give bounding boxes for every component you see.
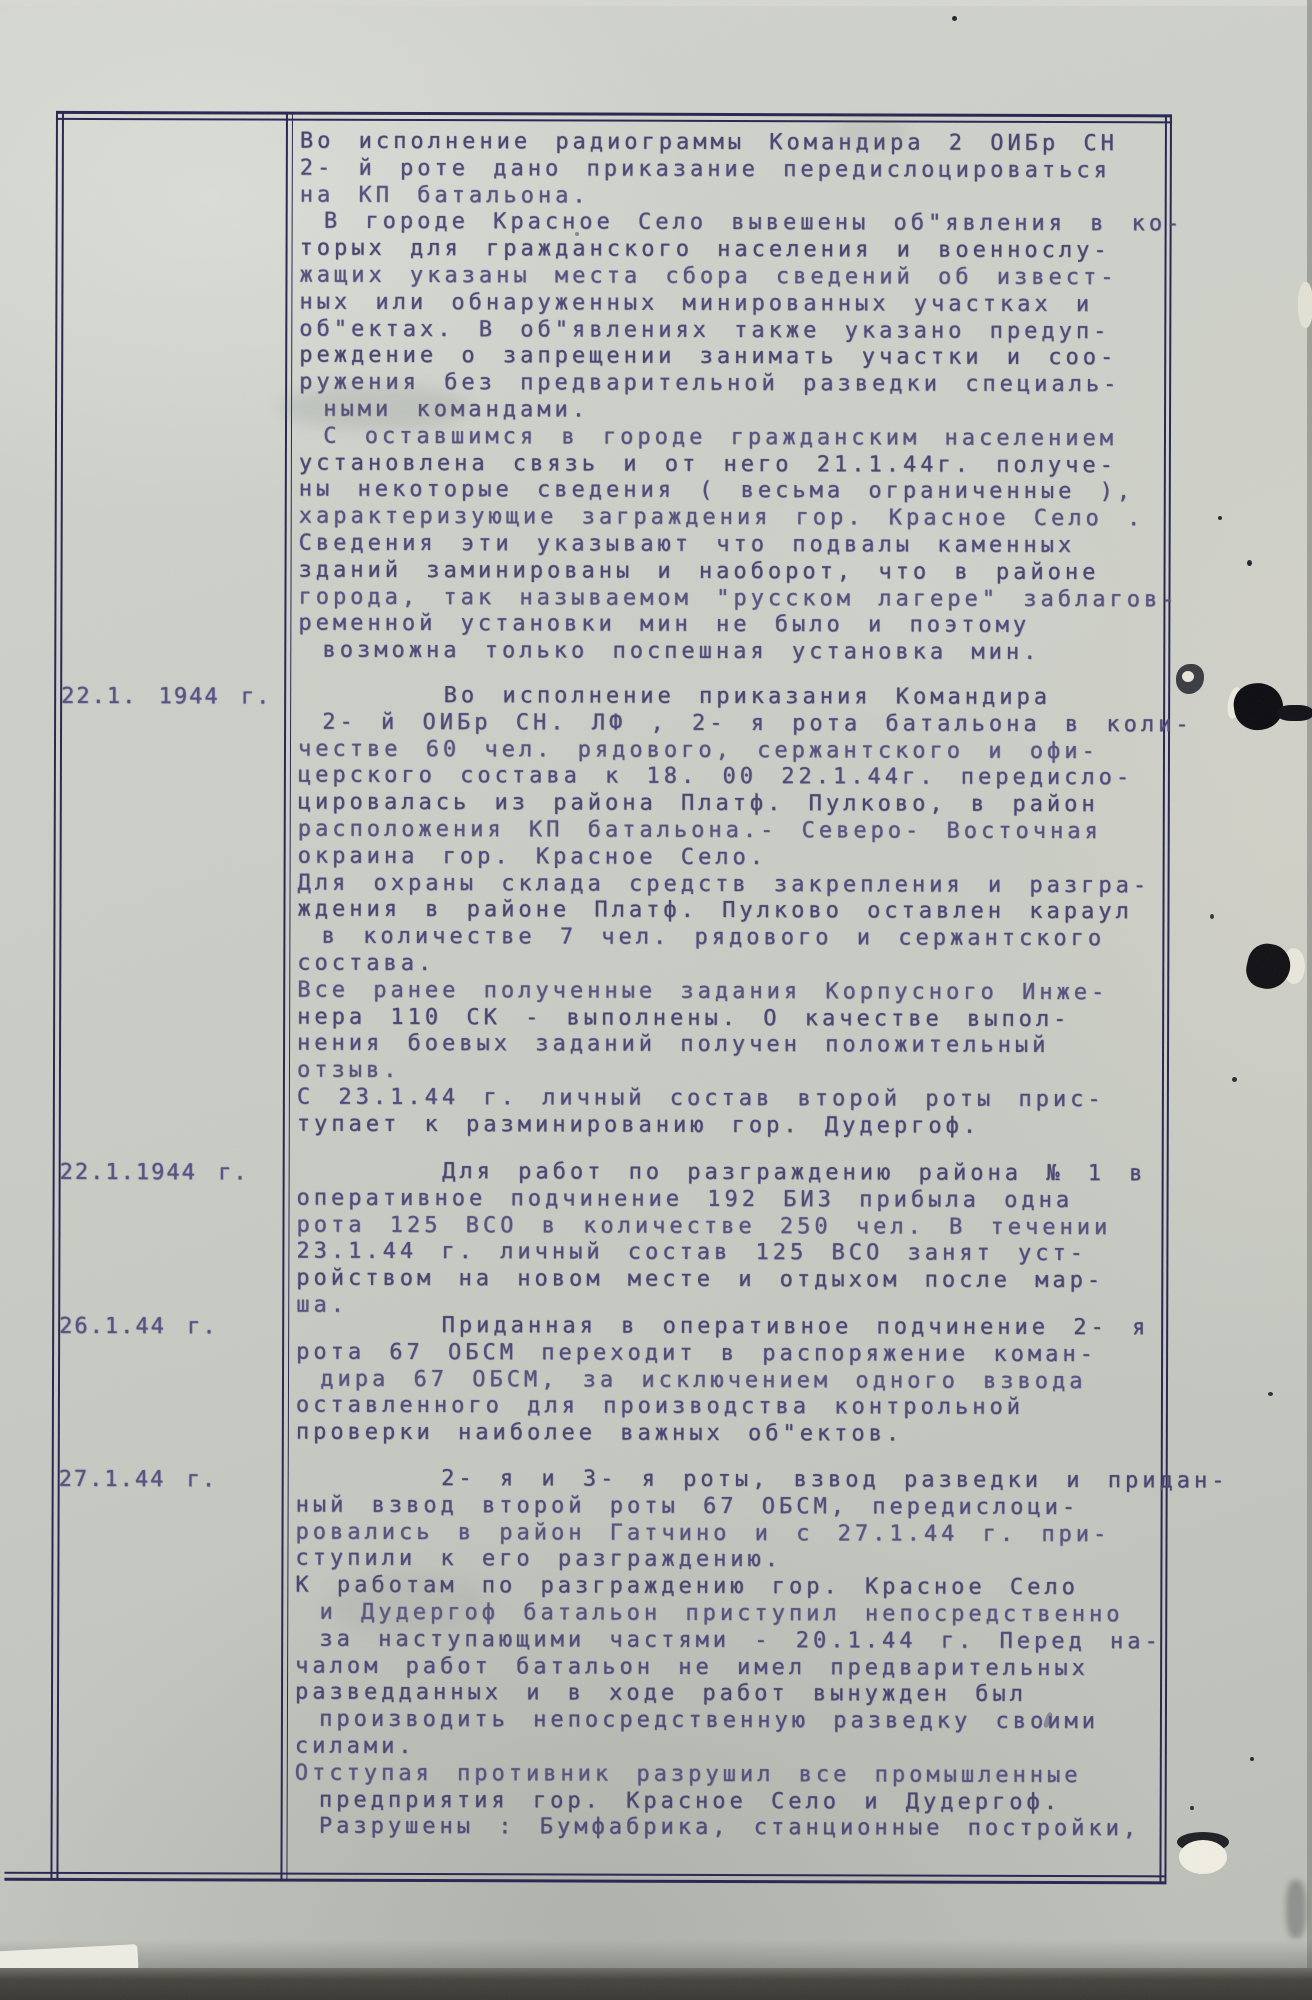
ink-speck [1210, 914, 1214, 919]
entry-text-line: силами. [295, 1734, 1175, 1764]
entry-text-line: 2- й ОИБр СН. ЛФ , 2- я рота батальона в… [298, 709, 1178, 739]
entry-text-line: разведданных и в ходе работ вынужден был [295, 1680, 1175, 1710]
paper-stain [330, 1575, 490, 1635]
paper-hole [1179, 1840, 1227, 1874]
entry-text-line: оставленного для производства контрольно… [296, 1393, 1176, 1423]
table-border-top [56, 111, 1172, 124]
paper-stain [280, 385, 470, 430]
diary-entry: Во исполнение приказания Командира 2- й … [297, 683, 1178, 1141]
diary-entry: 2- я и 3- я роты, взвод разведки и прида… [295, 1466, 1176, 1844]
table-border-bottom [4, 1872, 1166, 1885]
entry-text-line: ступили к его разграждению. [295, 1546, 1175, 1576]
entry-text-line: отзыв. [297, 1058, 1177, 1088]
entry-text-line: зданий заминированы и наоборот, что в ра… [299, 557, 1179, 587]
entry-text-line: 23.1.44 г. личный состав 125 ВСО занят у… [296, 1239, 1176, 1269]
ink-speck [1232, 1077, 1237, 1082]
table-column-divider [280, 113, 293, 1881]
entry-text-line: церского состава к 18. 00 22.1.44г. пере… [298, 763, 1178, 793]
entry-text-line: нения боевых заданий получен положительн… [297, 1031, 1177, 1061]
entry-text-line: В городе Красное Село вывешены об"явлени… [300, 209, 1180, 239]
entry-text-line: окраина гор. Красное Село. [298, 843, 1178, 873]
entry-text-line: чалом работ батальон не имел предварител… [295, 1653, 1175, 1683]
entry-text-line: рота 125 ВСО в количестве 250 чел. В теч… [296, 1212, 1176, 1242]
ink-speck [575, 232, 579, 236]
entry-text-line: расположения КП батальона.- Северо- Вост… [298, 817, 1178, 847]
entry-text-line: 2- й роте дано приказание передислоциров… [300, 155, 1180, 185]
paper-stain [1286, 1880, 1306, 1938]
entry-text-line: С 23.1.44 г. личный состав второй роты п… [297, 1085, 1177, 1115]
entry-text-line: в количестве 7 чел. рядового и сержантск… [297, 924, 1177, 954]
ruled-table: Во исполнение радиограммы Командира 2 ОИ… [0, 0, 1312, 2000]
ink-blot [1277, 705, 1312, 721]
ink-speck [952, 16, 957, 21]
entry-text-line: реждение о запрещении занимать участки и… [299, 343, 1179, 373]
entry-text-line: дира 67 ОБСМ, за исключением одного взво… [296, 1366, 1176, 1396]
entry-text-line: Приданная в оперативное подчинение 2- я [296, 1313, 1176, 1343]
entry-text-line: Отступая противник разрушил все промышле… [295, 1760, 1175, 1790]
entry-text-line: ровались в район Гатчино и с 27.1.44 г. … [295, 1519, 1175, 1549]
entry-text-line: ждения в районе Платф. Пулково оставлен … [297, 897, 1177, 927]
entry-text-line: возможна только поспешная установка мин. [298, 638, 1178, 668]
diary-entry: Приданная в оперативное подчинение 2- яр… [296, 1313, 1176, 1450]
entry-date: 22.1. 1944 г. [61, 684, 271, 710]
entry-text-line: ройством на новом месте и отдыхом после … [296, 1266, 1176, 1296]
entry-date: 27.1.44 г. [59, 1467, 218, 1492]
ink-speck [1190, 1806, 1194, 1810]
entry-date: 22.1.1944 г. [60, 1160, 249, 1186]
entry-text-line: ных или обнаруженных минированных участк… [299, 289, 1179, 319]
paper-hole [1182, 671, 1194, 682]
entry-text-line: рота 67 ОБСМ переходит в распоряжение ко… [296, 1339, 1176, 1369]
entry-text-line: предприятия гор. Красное Село и Дудергоф… [295, 1787, 1175, 1817]
diary-entry: Для работ по разграждению района № 1 воп… [296, 1159, 1177, 1323]
entry-text-line: об"ектах. В об"явлениях также указано пр… [299, 316, 1179, 346]
entry-text-line: Для охраны склада средств закрепления и … [298, 870, 1178, 900]
ink-speck [1247, 560, 1252, 566]
ink-speck [1218, 516, 1222, 520]
entry-text-line: ременной установки мин не было и поэтому [298, 611, 1178, 641]
entry-text-line: Все ранее полученные задания Корпусного … [297, 977, 1177, 1007]
entry-text-line: на КП батальона. [300, 182, 1180, 212]
entry-text-line: Сведения эти указывают что подвалы камен… [299, 531, 1179, 561]
entry-text-line: нера 110 СК - выполнены. О качестве выпо… [297, 1004, 1177, 1034]
entry-text-line: торых для гражданского населения и военн… [300, 236, 1180, 266]
entry-text-line: Во исполнение приказания Командира [298, 683, 1178, 713]
entry-text-line: 2- я и 3- я роты, взвод разведки и прида… [296, 1466, 1176, 1496]
paper-hole [1298, 282, 1312, 328]
entry-text-line: жащих указаны места сбора сведений об из… [299, 263, 1179, 293]
entry-text-line: характеризующие заграждения гор. Красное… [299, 504, 1179, 534]
entry-text-line: Для работ по разграждению района № 1 в [297, 1159, 1177, 1189]
entry-text-line: состава. [297, 951, 1177, 981]
table-border-left [50, 112, 64, 1880]
ink-speck [1268, 1392, 1273, 1396]
entry-text-line: города, так называемом "русском лагере" … [298, 584, 1178, 614]
entry-text-line: честве 60 чел. рядового, сержантского и … [298, 736, 1178, 766]
entry-text-line: ны некоторые сведения ( весьма ограничен… [299, 477, 1179, 507]
paper-stain [830, 118, 910, 146]
entry-text-line: установлена связь и от него 21.1.44г. по… [299, 450, 1179, 480]
entry-text-line: ный взвод второй роты 67 ОБСМ, передисло… [296, 1492, 1176, 1522]
entry-date: 26.1.44 г. [59, 1314, 218, 1339]
entry-text-line: Во исполнение радиограммы Командира 2 ОИ… [300, 129, 1180, 159]
entry-text-line: С оставшимся в городе гражданским населе… [299, 423, 1179, 453]
document-scan: Во исполнение радиограммы Командира 2 ОИ… [0, 0, 1312, 2000]
entry-text-line: Разрушены : Бумфабрика, станционные пост… [295, 1814, 1175, 1844]
ink-speck [1250, 1757, 1254, 1761]
entry-text-line: оперативное подчинение 192 БИЗ прибыла о… [297, 1185, 1177, 1215]
entry-text-line: цировалась из района Платф. Пулково, в р… [298, 790, 1178, 820]
entry-text-line: тупает к разминированию гор. Дудергоф. [297, 1111, 1177, 1141]
entry-text-line: проверки наиболее важных об"ектов. [296, 1420, 1176, 1450]
